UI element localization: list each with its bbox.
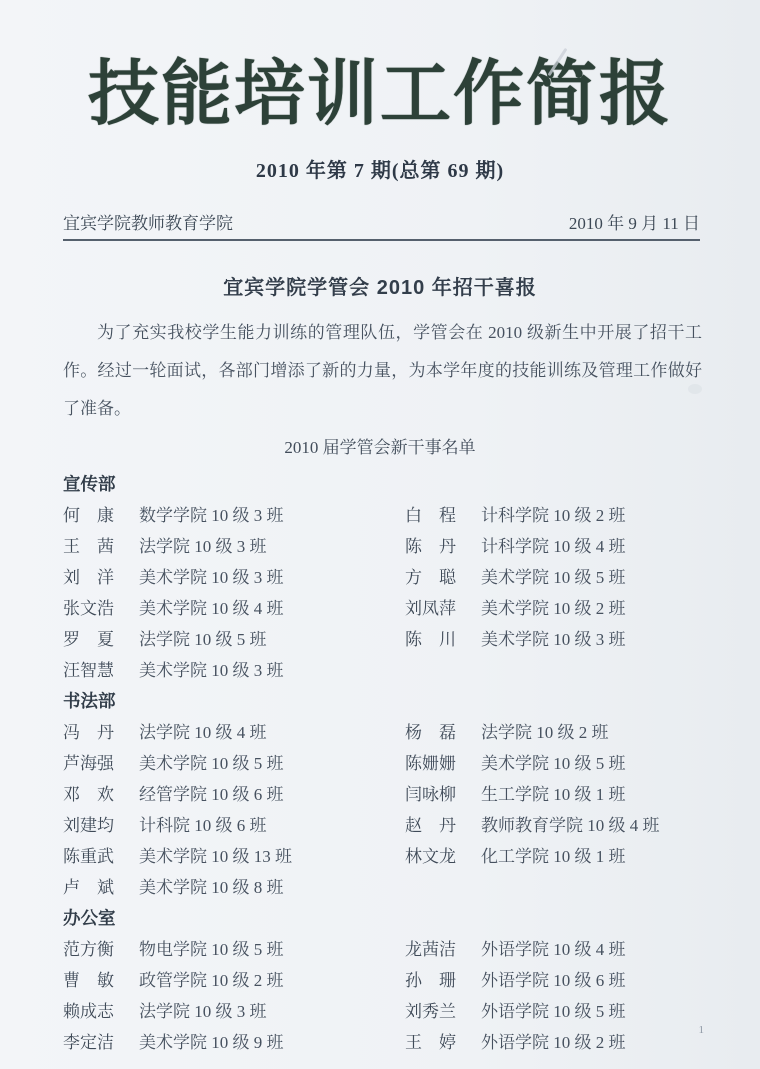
member-class: 生工学院 10 级 1 班 [481,779,760,810]
member-class: 法学院 10 级 2 班 [481,717,760,748]
member-class: 外语学院 10 级 4 班 [481,934,760,965]
publisher-name: 宜宾学院教师教育学院 [63,209,233,234]
member-name: 陈 丹 [405,531,481,562]
member-class: 美术学院 10 级 5 班 [481,562,760,593]
member-class: 法学院 10 级 5 班 [139,624,405,655]
member-name: 白 程 [405,500,481,531]
member-class: 法学院 10 级 3 班 [139,531,405,562]
member-name: 王 茜 [63,531,139,562]
roster-row: 刘 洋美术学院 10 级 3 班方 聪美术学院 10 级 5 班 [63,562,760,593]
article-body: 为了充实我校学生能力训练的管理队伍，学管会在 2010 级新生中开展了招干工作。… [63,314,702,428]
member-name: 王 婷 [405,1027,481,1058]
roster-row: 冯 丹法学院 10 级 4 班杨 磊法学院 10 级 2 班 [63,717,760,748]
member-name: 刘秀兰 [405,996,481,1027]
roster-row: 赖成志法学院 10 级 3 班刘秀兰外语学院 10 级 5 班 [63,996,760,1027]
section-title: 宣传部 [63,469,760,500]
roster-list-title: 2010 届学管会新干事名单 [0,432,760,463]
masthead-title: 技能培训工作简报 [0,56,760,134]
member-class: 外语学院 10 级 2 班 [481,1027,760,1058]
scan-artifact [688,384,702,394]
member-class: 政管学院 10 级 2 班 [139,965,405,996]
roster-row: 卢 斌美术学院 10 级 8 班 [63,872,760,903]
member-name: 刘建均 [63,810,139,841]
member-class: 外语学院 10 级 5 班 [481,996,760,1027]
member-name: 赖成志 [63,996,139,1027]
member-class: 法学院 10 级 4 班 [139,717,405,748]
member-name: 杨 磊 [405,717,481,748]
member-name: 闫咏柳 [405,779,481,810]
member-class: 美术学院 10 级 3 班 [481,624,760,655]
member-name: 邓 欢 [63,779,139,810]
member-class [481,872,760,903]
member-name: 冯 丹 [63,717,139,748]
member-name [405,655,481,686]
roster-sections: 宣传部何 康数学学院 10 级 3 班白 程计科学院 10 级 2 班王 茜法学… [63,469,760,1058]
member-name: 罗 夏 [63,624,139,655]
member-name: 张文浩 [63,593,139,624]
member-name: 刘凤萍 [405,593,481,624]
member-class: 美术学院 10 级 8 班 [139,872,405,903]
roster-row: 曹 敏政管学院 10 级 2 班孙 珊外语学院 10 级 6 班 [63,965,760,996]
member-class: 外语学院 10 级 6 班 [481,965,760,996]
member-name: 何 康 [63,500,139,531]
member-name: 范方衡 [63,934,139,965]
roster-row: 汪智慧美术学院 10 级 3 班 [63,655,760,686]
publish-date: 2010 年 9 月 11 日 [569,209,700,234]
member-class: 法学院 10 级 3 班 [139,996,405,1027]
article-title: 宜宾学院学管会 2010 年招干喜报 [0,271,760,300]
roster-row: 何 康数学学院 10 级 3 班白 程计科学院 10 级 2 班 [63,500,760,531]
member-name [405,872,481,903]
member-name: 林文龙 [405,841,481,872]
roster-row: 罗 夏法学院 10 级 5 班陈 川美术学院 10 级 3 班 [63,624,760,655]
member-name: 孙 珊 [405,965,481,996]
member-class: 计科学院 10 级 2 班 [481,500,760,531]
member-name: 芦海强 [63,748,139,779]
member-class: 计科院 10 级 6 班 [139,810,405,841]
member-name: 李定洁 [63,1027,139,1058]
member-class: 经管学院 10 级 6 班 [139,779,405,810]
member-class: 物电学院 10 级 5 班 [139,934,405,965]
member-name: 陈重武 [63,841,139,872]
roster-row: 陈重武美术学院 10 级 13 班林文龙化工学院 10 级 1 班 [63,841,760,872]
member-name: 卢 斌 [63,872,139,903]
member-class: 教师教育学院 10 级 4 班 [481,810,760,841]
member-class: 美术学院 10 级 5 班 [139,748,405,779]
member-class: 美术学院 10 级 3 班 [139,655,405,686]
issue-line: 2010 年第 7 期(总第 69 期) [0,154,760,183]
section-title: 书法部 [63,686,760,717]
member-class: 数学学院 10 级 3 班 [139,500,405,531]
document-page: 技能培训工作简报 2010 年第 7 期(总第 69 期) 宜宾学院教师教育学院… [0,0,760,1069]
member-name: 赵 丹 [405,810,481,841]
member-name: 刘 洋 [63,562,139,593]
member-class: 美术学院 10 级 9 班 [139,1027,405,1058]
roster-row: 邓 欢经管学院 10 级 6 班闫咏柳生工学院 10 级 1 班 [63,779,760,810]
roster-row: 芦海强美术学院 10 级 5 班陈姗姗美术学院 10 级 5 班 [63,748,760,779]
member-name: 龙茜洁 [405,934,481,965]
member-class: 美术学院 10 级 4 班 [139,593,405,624]
member-class: 计科学院 10 级 4 班 [481,531,760,562]
member-name: 汪智慧 [63,655,139,686]
roster-row: 李定洁美术学院 10 级 9 班王 婷外语学院 10 级 2 班 [63,1027,760,1058]
roster-row: 刘建均计科院 10 级 6 班赵 丹教师教育学院 10 级 4 班 [63,810,760,841]
member-name: 曹 敏 [63,965,139,996]
roster-row: 范方衡物电学院 10 级 5 班龙茜洁外语学院 10 级 4 班 [63,934,760,965]
header-row: 宜宾学院教师教育学院 2010 年 9 月 11 日 [63,209,700,241]
page-number: 1 [699,1024,705,1036]
member-class: 美术学院 10 级 3 班 [139,562,405,593]
member-class: 化工学院 10 级 1 班 [481,841,760,872]
roster-row: 张文浩美术学院 10 级 4 班刘凤萍美术学院 10 级 2 班 [63,593,760,624]
member-class: 美术学院 10 级 5 班 [481,748,760,779]
section-title: 办公室 [63,903,760,934]
member-name: 方 聪 [405,562,481,593]
member-class: 美术学院 10 级 13 班 [139,841,405,872]
member-name: 陈 川 [405,624,481,655]
member-class [481,655,760,686]
member-name: 陈姗姗 [405,748,481,779]
roster-row: 王 茜法学院 10 级 3 班陈 丹计科学院 10 级 4 班 [63,531,760,562]
member-class: 美术学院 10 级 2 班 [481,593,760,624]
